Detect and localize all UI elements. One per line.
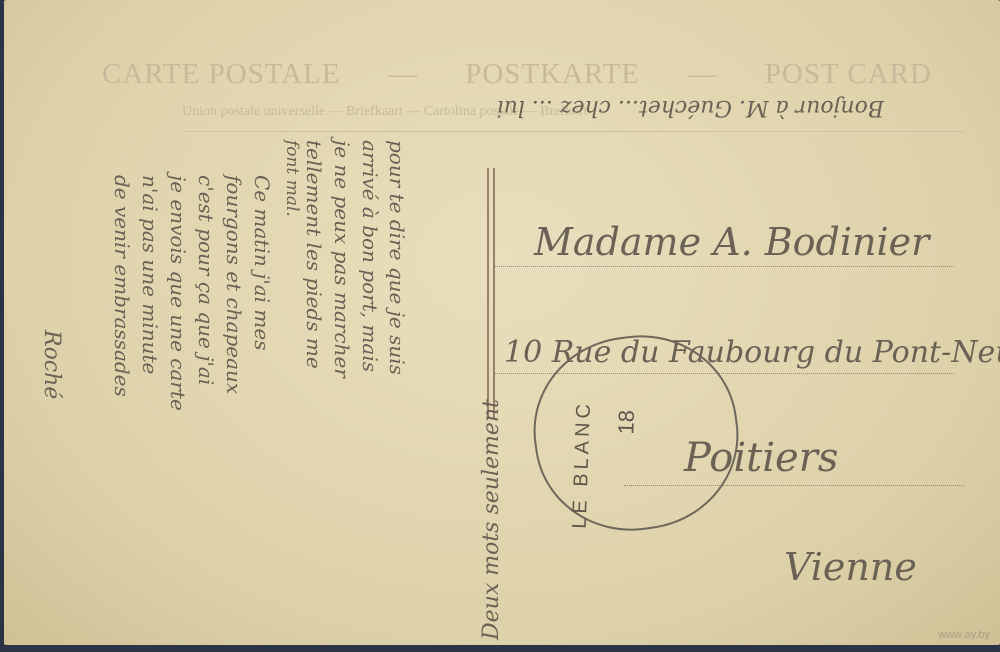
address-region: Vienne — [784, 545, 917, 589]
message-line: pour te dire que je suis — [385, 140, 409, 375]
header-postkarte: POSTKARTE — [465, 58, 640, 91]
message-line: n'ai pas une minute — [138, 175, 162, 374]
message-line: je ne peux pas marcher — [330, 140, 354, 378]
message-line: Deux mots seulement — [479, 399, 504, 640]
message-line: font mal. — [282, 140, 302, 217]
message-line: je envois que une carte — [166, 175, 190, 411]
message-line: Ce matin j'ai mes — [250, 175, 274, 351]
message-line: fourgons et chapeaux — [222, 175, 246, 394]
upside-down-note: Bonjour à M. Guéchet... chez ... lui — [497, 95, 884, 120]
header-dash: — — [687, 58, 717, 91]
postcard-back: CARTE POSTALE — POSTKARTE — POST CARD Un… — [4, 0, 1000, 645]
postmark-town: LE BLANC — [569, 400, 596, 529]
address-rule — [494, 266, 954, 267]
message-line: arrivé à bon port, mais — [358, 140, 382, 372]
message-line: de venir embrassades — [110, 175, 134, 397]
header-post-card: POST CARD — [765, 58, 932, 91]
divider-line — [487, 168, 489, 418]
signature: Roché — [39, 330, 64, 399]
header-rule — [184, 131, 964, 132]
divider-line — [493, 168, 495, 418]
message-line: tellement les pieds me — [302, 140, 326, 369]
postmark-date: 18 — [613, 410, 640, 435]
header-carte-postale: CARTE POSTALE — [102, 58, 341, 91]
printed-header: CARTE POSTALE — POSTKARTE — POST CARD — [102, 58, 932, 91]
address-recipient: Madame A. Bodinier — [534, 220, 929, 264]
watermark: www.ay.by — [938, 629, 990, 641]
message-line: c'est pour ça que j'ai — [194, 175, 218, 385]
header-dash: — — [388, 58, 418, 91]
